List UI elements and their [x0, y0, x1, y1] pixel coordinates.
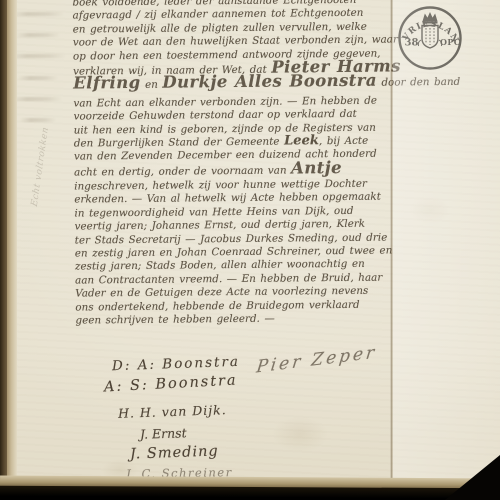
- book-binding: [0, 0, 7, 492]
- scanned-document-page: Echt voltrokken boek voldoende, ieder de…: [0, 0, 500, 500]
- bleed-through-mark: [12, 12, 64, 16]
- manuscript-text: boek voldoende, ieder der aanstaande Ech…: [72, 0, 395, 328]
- signature-ernst: J. Ernst: [140, 425, 187, 442]
- page-gutter: [7, 0, 17, 490]
- bleed-through-mark: [10, 54, 66, 58]
- bleed-through-mark: [16, 33, 60, 37]
- bleed-through-mark: [20, 118, 56, 122]
- background-shadow: [0, 486, 500, 500]
- signature-smeding: J. Smeding: [130, 443, 219, 462]
- adjacent-page-area: [393, 0, 500, 488]
- bleed-through-mark: [18, 76, 58, 80]
- bleed-through-mark: [12, 97, 62, 101]
